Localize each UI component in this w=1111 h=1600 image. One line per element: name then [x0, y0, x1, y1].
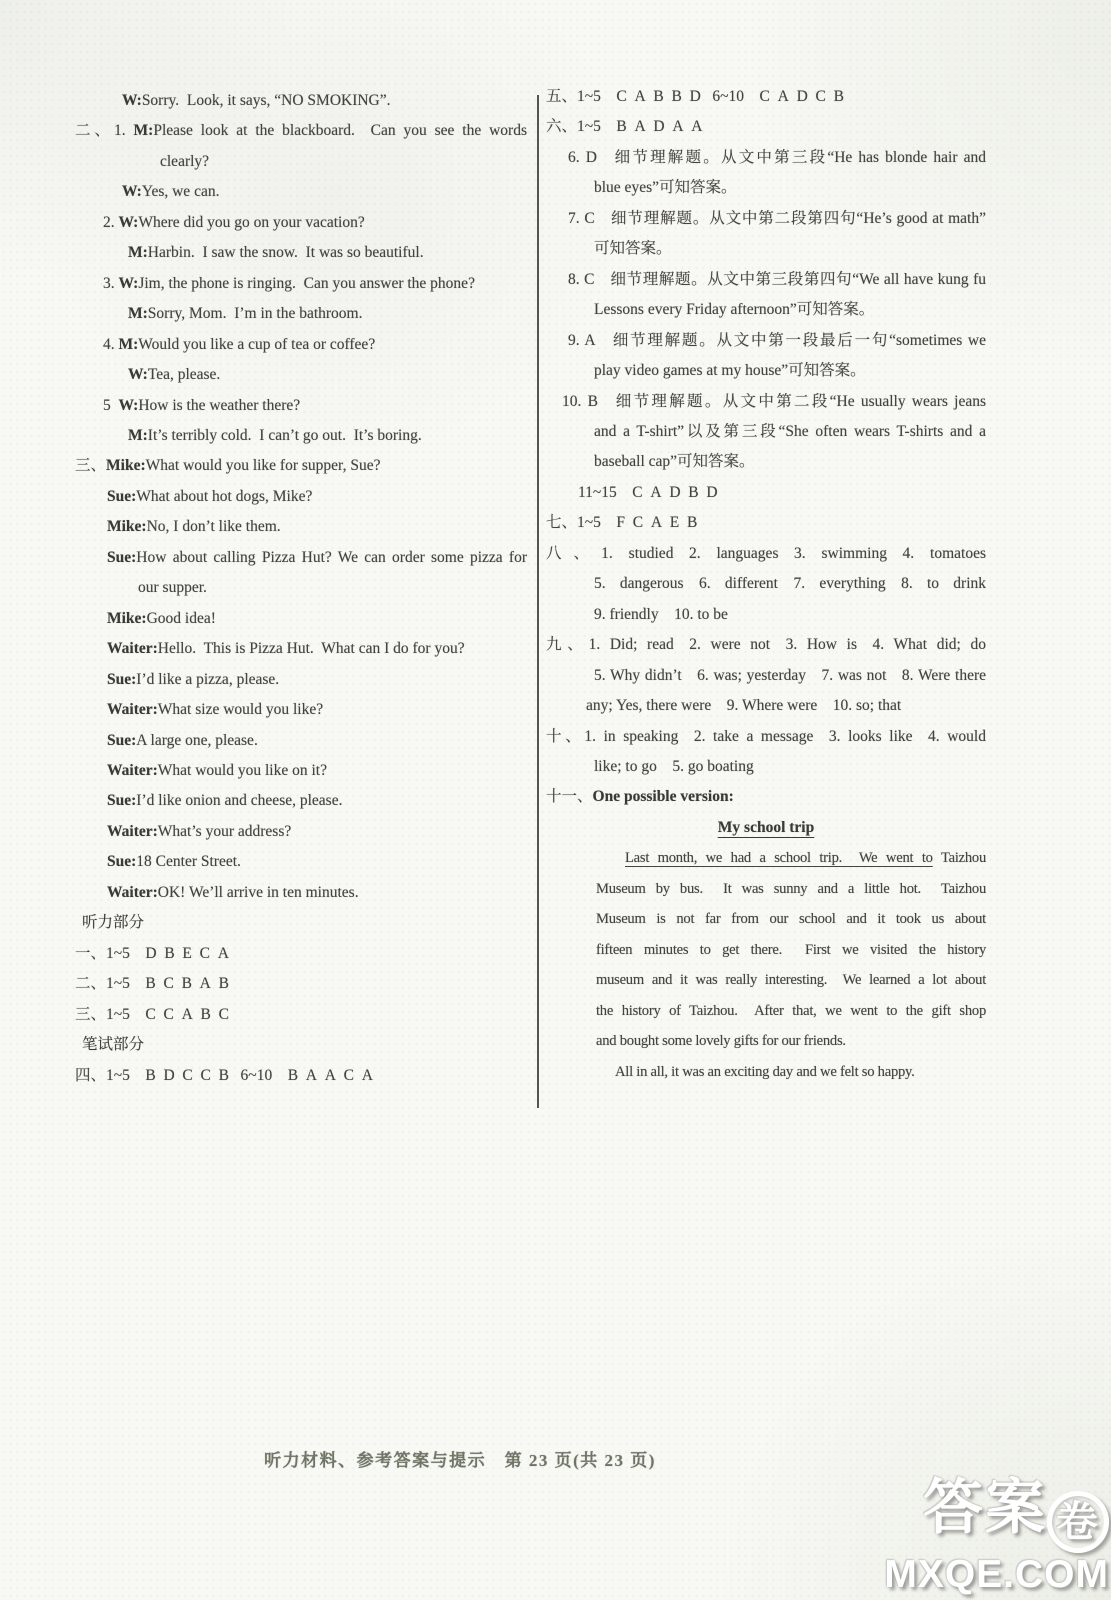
text-line: Sue:A large one, please. [75, 726, 527, 756]
bold-text: Sue: [107, 732, 136, 749]
text: Taizhou [933, 850, 986, 866]
bold-text: Waiter: [107, 640, 158, 657]
text: 4. [103, 336, 119, 353]
text: 九、1. Did; read 2. were not 3. How is 4. … [546, 636, 986, 653]
bold-text: Waiter: [107, 823, 158, 840]
text-line: 十、1. in speaking 2. take a message 3. lo… [546, 722, 986, 752]
bold-text: Sue: [107, 549, 136, 566]
text: Please look at the blackboard. Can you s… [153, 122, 527, 139]
bold-text: My school trip [718, 819, 814, 836]
text-line: and bought some lovely gifts for our fri… [546, 1026, 986, 1056]
bold-text: W: [122, 183, 142, 200]
text-line: 十一、One possible version: [546, 782, 986, 812]
text: 二、1. [75, 122, 134, 139]
text: A large one, please. [136, 732, 258, 749]
text: Hello. This is Pizza Hut. What can I do … [158, 640, 465, 657]
column-divider-line [537, 95, 539, 1108]
text-line: Waiter:What’s your address? [75, 817, 527, 847]
page-footer: 听力材料、参考答案与提示 第 23 页(共 23 页) [0, 1446, 920, 1471]
text-line: 6. D 细节理解题。从文中第三段“He has blonde hair and [546, 143, 986, 173]
text: and bought some lovely gifts for our fri… [596, 1033, 846, 1049]
watermark-site-url: MXQE.COM [884, 1555, 1109, 1596]
text-line: Waiter:OK! We’ll arrive in ten minutes. [75, 878, 527, 908]
text: What size would you like? [158, 701, 323, 718]
text: 三、1~5 C C A B C [75, 1006, 229, 1023]
bold-text: Waiter: [107, 762, 158, 779]
text-line: any; Yes, there were 9. Where were 10. s… [546, 691, 986, 721]
text: All in all, it was an exciting day and w… [615, 1064, 915, 1080]
text: Sorry, Mom. I’m in the bathroom. [148, 305, 363, 322]
text-line: Sue:I’d like onion and cheese, please. [75, 786, 527, 816]
watermark-brand: 答案卷 [884, 1476, 1109, 1553]
text-line: 三、Mike:What would you like for supper, S… [75, 451, 527, 481]
text: OK! We’ll arrive in ten minutes. [158, 884, 359, 901]
text: It’s terribly cold. I can’t go out. It’s… [148, 427, 422, 444]
text-line: 2. W:Where did you go on your vacation? [75, 208, 527, 238]
text-line: Sue:What about hot dogs, Mike? [75, 482, 527, 512]
text-line: 9. friendly 10. to be [546, 600, 986, 630]
text-line: W:Sorry. Look, it says, “NO SMOKING”. [75, 86, 527, 116]
text: Museum by bus. It was sunny and a little… [596, 881, 986, 897]
bold-text: Sue: [107, 488, 136, 505]
text: 三、 [75, 457, 106, 474]
text-line: Sue:I’d like a pizza, please. [75, 665, 527, 695]
text: Museum is not far from our school and it… [596, 911, 986, 927]
text: 9. A 细节理解题。从文中第一段最后一句“sometimes we [568, 332, 986, 349]
text: 笔试部分 [82, 1036, 144, 1053]
bold-text: Mike: [107, 610, 147, 627]
bold-text: Waiter: [107, 884, 158, 901]
watermark-circle-logo-icon: 卷 [1047, 1491, 1109, 1553]
text: clearly? [160, 153, 209, 170]
text: 十一、 [546, 788, 593, 805]
text-line: All in all, it was an exciting day and w… [546, 1057, 986, 1087]
text-line: Museum is not far from our school and it… [546, 904, 986, 934]
text: What about hot dogs, Mike? [136, 488, 312, 505]
text: 5. Why didn’t 6. was; yesterday 7. was n… [594, 667, 986, 684]
text-line: 3. W:Jim, the phone is ringing. Can you … [75, 269, 527, 299]
text-line: fifteen minutes to get there. First we v… [546, 935, 986, 965]
watermark-brand-text: 答案 [923, 1474, 1047, 1541]
bold-text: Mike: [107, 518, 147, 535]
text: blue eyes”可知答案。 [594, 179, 736, 196]
text-line: 二、1. M:Please look at the blackboard. Ca… [75, 116, 527, 146]
text: Jim, the phone is ringing. Can you answe… [138, 275, 475, 292]
text-line: 听力部分 [75, 908, 527, 938]
text-line: 七、1~5 F C A E B [546, 508, 986, 538]
bold-text: Waiter: [107, 701, 158, 718]
text-line: 5 W:How is the weather there? [75, 391, 527, 421]
text: What would you like on it? [158, 762, 327, 779]
text: 5 [103, 397, 119, 414]
text-line: 六、1~5 B A D A A [546, 112, 986, 142]
bold-text: M: [119, 336, 139, 353]
text: fifteen minutes to get there. First we v… [596, 942, 986, 958]
text: 四、1~5 B D C C B 6~10 B A A C A [75, 1067, 373, 1084]
text: Yes, we can. [142, 183, 220, 200]
bold-text: One possible version: [593, 788, 734, 805]
text-line: Waiter:What would you like on it? [75, 756, 527, 786]
text: museum and it was really interesting. We… [596, 972, 986, 988]
text: baseball cap”可知答案。 [594, 453, 755, 470]
text-line: M:Harbin. I saw the snow. It was so beau… [75, 238, 527, 268]
scanned-answer-page: W:Sorry. Look, it says, “NO SMOKING”.二、1… [0, 0, 1111, 1600]
text: 7. C 细节理解题。从文中第二段第四句“He’s good at math” [568, 210, 986, 227]
text: I’d like a pizza, please. [136, 671, 279, 688]
site-watermark: 答案卷 MXQE.COM [884, 1476, 1109, 1596]
text-line: W:Tea, please. [75, 360, 527, 390]
text-line: My school trip [546, 813, 986, 843]
left-column: W:Sorry. Look, it says, “NO SMOKING”.二、1… [75, 86, 527, 1091]
text: the history of Taizhou. After that, we w… [596, 1003, 986, 1019]
bold-text: W: [119, 397, 139, 414]
bold-text: Mike: [106, 457, 146, 474]
text: Lessons every Friday afternoon”可知答案。 [594, 301, 874, 318]
bold-text: M: [128, 427, 148, 444]
text: 10. B 细节理解题。从文中第二段“He usually wears jean… [562, 393, 986, 410]
text: 8. C 细节理解题。从文中第三段第四句“We all have kung fu [568, 271, 986, 288]
text: 9. friendly 10. to be [594, 606, 728, 623]
text-line: and a T-shirt”以及第三段“She often wears T-sh… [546, 417, 986, 447]
bold-text: M: [128, 305, 148, 322]
text-line: 9. A 细节理解题。从文中第一段最后一句“sometimes we [546, 326, 986, 356]
text-line: 九、1. Did; read 2. were not 3. How is 4. … [546, 630, 986, 660]
text: Harbin. I saw the snow. It was so beauti… [148, 244, 424, 261]
text-line: 8. C 细节理解题。从文中第三段第四句“We all have kung fu [546, 265, 986, 295]
text-line: like; to go 5. go boating [546, 752, 986, 782]
text-line: 5. dangerous 6. different 7. everything … [546, 569, 986, 599]
text-line: Sue:18 Center Street. [75, 847, 527, 877]
text-line: blue eyes”可知答案。 [546, 173, 986, 203]
text-line: baseball cap”可知答案。 [546, 447, 986, 477]
text: 可知答案。 [594, 240, 672, 257]
text: What’s your address? [158, 823, 291, 840]
text: Would you like a cup of tea or coffee? [138, 336, 375, 353]
text-line: Waiter:Hello. This is Pizza Hut. What ca… [75, 634, 527, 664]
text-line: 可知答案。 [546, 234, 986, 264]
text: I’d like onion and cheese, please. [136, 792, 342, 809]
text: How about calling Pizza Hut? We can orde… [136, 549, 527, 566]
text: 听力部分 [82, 914, 144, 931]
bold-text: W: [119, 214, 139, 231]
text: our supper. [138, 579, 207, 596]
text: 5. dangerous 6. different 7. everything … [594, 575, 986, 592]
bold-text: W: [128, 366, 148, 383]
text: Good idea! [147, 610, 216, 627]
text-line: clearly? [75, 147, 527, 177]
text-line: the history of Taizhou. After that, we w… [546, 996, 986, 1026]
text-line: museum and it was really interesting. We… [546, 965, 986, 995]
text: 六、1~5 B A D A A [546, 118, 703, 135]
text-line: 笔试部分 [75, 1030, 527, 1060]
text-line: 四、1~5 B D C C B 6~10 B A A C A [75, 1061, 527, 1091]
text: 一、1~5 D B E C A [75, 945, 229, 962]
text: like; to go 5. go boating [594, 758, 754, 775]
text: 6. D 细节理解题。从文中第三段“He has blonde hair and [568, 149, 986, 166]
text-line: 4. M:Would you like a cup of tea or coff… [75, 330, 527, 360]
text: 八、1. studied 2. languages 3. swimming 4.… [546, 545, 986, 562]
right-column: 五、1~5 C A B B D 6~10 C A D C B六、1~5 B A … [546, 82, 986, 1087]
text: Last month, we had a school trip. We wen… [625, 850, 933, 866]
text-line: Sue:How about calling Pizza Hut? We can … [75, 543, 527, 573]
text: 11~15 C A D B D [578, 484, 718, 501]
text: 十、1. in speaking 2. take a message 3. lo… [546, 728, 986, 745]
bold-text: Sue: [107, 671, 136, 688]
text-line: 7. C 细节理解题。从文中第二段第四句“He’s good at math” [546, 204, 986, 234]
text: 3. [103, 275, 119, 292]
bold-text: W: [119, 275, 139, 292]
text: No, I don’t like them. [147, 518, 281, 535]
text-line: our supper. [75, 573, 527, 603]
bold-text: W: [122, 92, 142, 109]
text-line: 5. Why didn’t 6. was; yesterday 7. was n… [546, 661, 986, 691]
bold-text: Sue: [107, 853, 136, 870]
text: Tea, please. [148, 366, 221, 383]
text-line: 八、1. studied 2. languages 3. swimming 4.… [546, 539, 986, 569]
text: Sorry. Look, it says, “NO SMOKING”. [142, 92, 391, 109]
text-line: W:Yes, we can. [75, 177, 527, 207]
text-line: Waiter:What size would you like? [75, 695, 527, 725]
text-line: M:It’s terribly cold. I can’t go out. It… [75, 421, 527, 451]
bold-text: M: [134, 122, 154, 139]
text-line: play video games at my house”可知答案。 [546, 356, 986, 386]
text-line: Last month, we had a school trip. We wen… [546, 843, 986, 873]
text: What would you like for supper, Sue? [146, 457, 381, 474]
text: 18 Center Street. [136, 853, 241, 870]
text: 二、1~5 B C B A B [75, 975, 229, 992]
text-line: 五、1~5 C A B B D 6~10 C A D C B [546, 82, 986, 112]
text: 2. [103, 214, 119, 231]
text-line: Mike:Good idea! [75, 604, 527, 634]
text-line: Museum by bus. It was sunny and a little… [546, 874, 986, 904]
text: and a T-shirt”以及第三段“She often wears T-sh… [594, 423, 986, 440]
bold-text: M: [128, 244, 148, 261]
text-line: 10. B 细节理解题。从文中第二段“He usually wears jean… [546, 387, 986, 417]
bold-text: Sue: [107, 792, 136, 809]
text: any; Yes, there were 9. Where were 10. s… [586, 697, 901, 714]
text-line: M:Sorry, Mom. I’m in the bathroom. [75, 299, 527, 329]
text: Where did you go on your vacation? [138, 214, 364, 231]
text: play video games at my house”可知答案。 [594, 362, 866, 379]
text: 五、1~5 C A B B D 6~10 C A D C B [546, 88, 844, 105]
text-line: Lessons every Friday afternoon”可知答案。 [546, 295, 986, 325]
text-line: 11~15 C A D B D [546, 478, 986, 508]
text: How is the weather there? [138, 397, 300, 414]
text-line: Mike:No, I don’t like them. [75, 512, 527, 542]
text-line: 二、1~5 B C B A B [75, 969, 527, 999]
text-line: 一、1~5 D B E C A [75, 939, 527, 969]
text: 七、1~5 F C A E B [546, 514, 697, 531]
text-line: 三、1~5 C C A B C [75, 1000, 527, 1030]
